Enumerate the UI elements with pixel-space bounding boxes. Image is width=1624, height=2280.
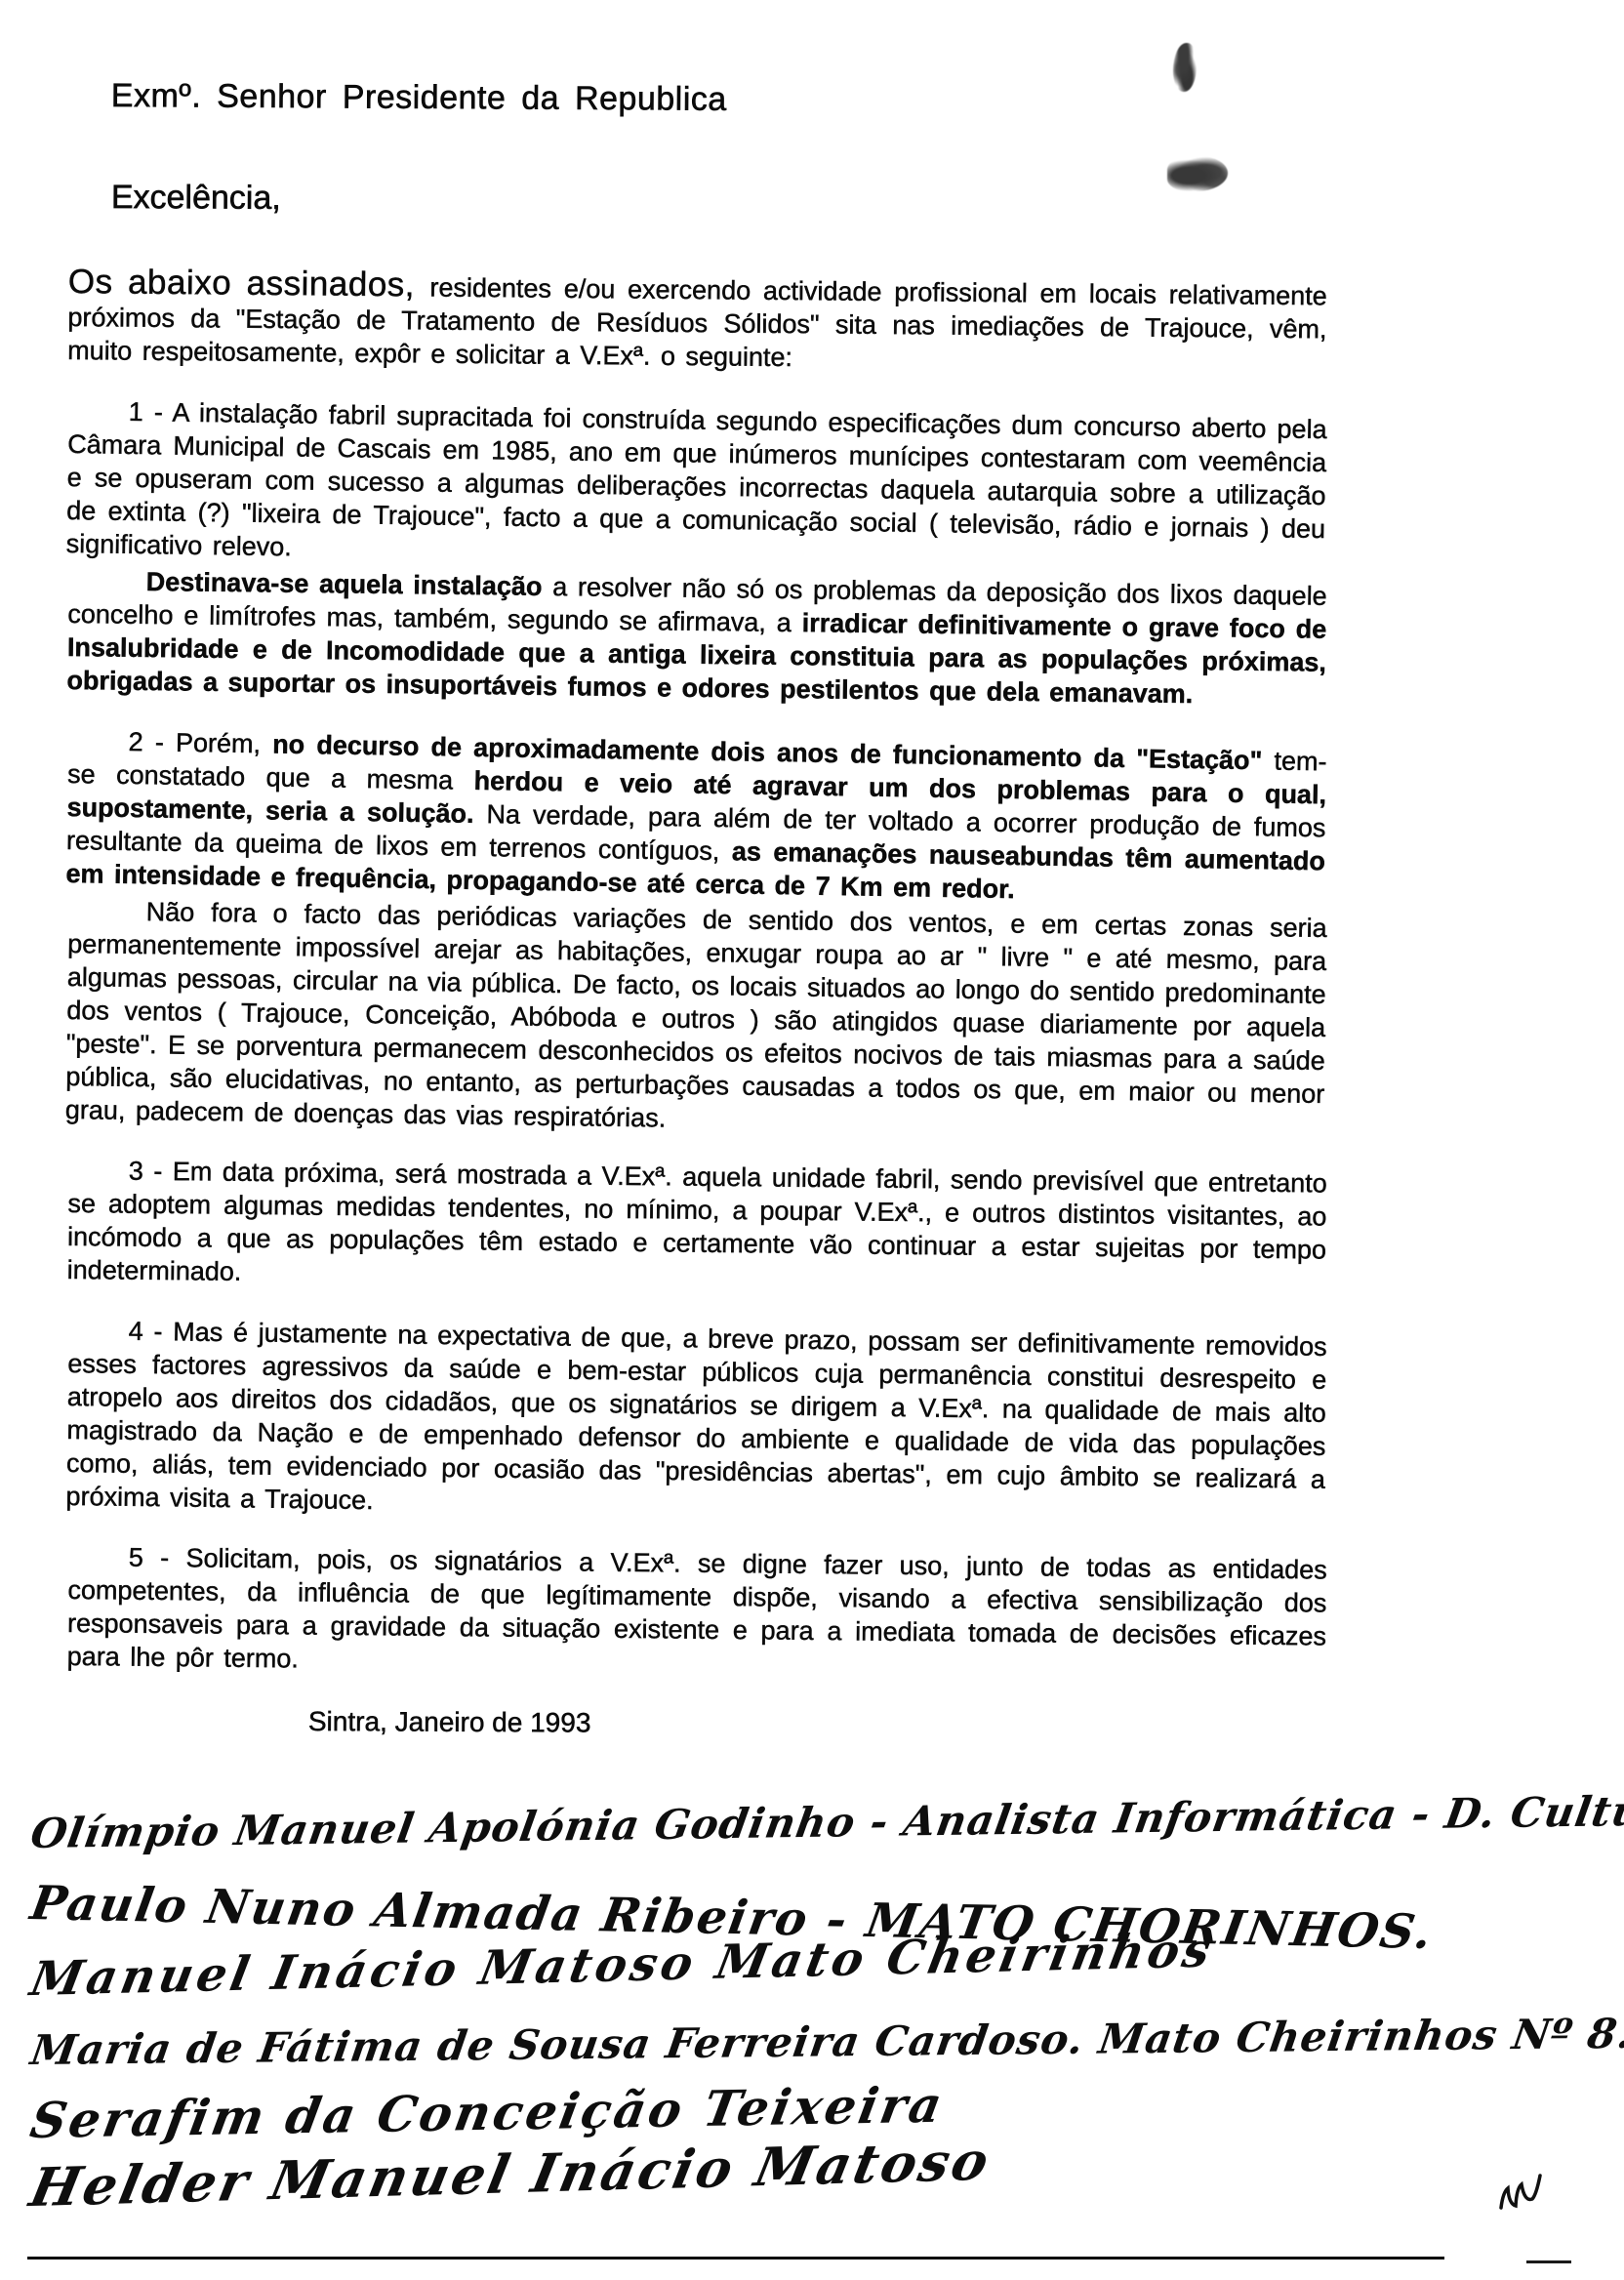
paragraph-list: Os abaixo assinados, residentes e/ou exe… (68, 265, 1327, 1673)
text-run: 2 - Porém, (128, 727, 272, 758)
dateline: Sintra, Janeiro de 1993 (308, 1706, 1327, 1742)
text-run: Destinava-se aquela instalação (146, 567, 543, 601)
paragraph: Destinava-se aquela instalação a resolve… (66, 564, 1327, 712)
signature-list: Olímpio Manuel Apolónia Godinho - Analis… (31, 1802, 1616, 2214)
paragraph: 3 - Em data próxima, será mostrada a V.E… (67, 1154, 1327, 1300)
paragraph: 1 - A instalação fabril supracitada foi … (65, 394, 1326, 579)
letter-page: Exmº. Senhor Presidente da Republica Exc… (0, 0, 1624, 2280)
pen-scribble-icon (1495, 2173, 1560, 2219)
letter-content: Exmº. Senhor Presidente da Republica Exc… (68, 76, 1327, 1737)
paragraph: Não fora o facto das periódicas variaçõe… (65, 894, 1327, 1144)
salutation-line: Excelência, (111, 178, 1327, 224)
scan-edge-line (27, 2257, 1444, 2260)
text-run: 3 - Em data próxima, será mostrada a V.E… (67, 1157, 1327, 1286)
paragraph: 5 - Solicitam, pois, os signatários a V.… (67, 1540, 1327, 1687)
paragraph: 2 - Porém, no decurso de aproximadamente… (65, 724, 1327, 911)
signature-line: Olímpio Manuel Apolónia Godinho - Analis… (28, 1791, 1620, 1854)
paragraph: 4 - Mas é justamente na expectativa de q… (65, 1314, 1327, 1529)
paragraph: Os abaixo assinados, residentes e/ou exe… (67, 265, 1327, 379)
text-run: 1 - A instalação fabril supracitada foi … (66, 397, 1327, 561)
addressee-line: Exmº. Senhor Presidente da Republica (111, 76, 1327, 123)
scan-edge-dash (1526, 2260, 1571, 2263)
signature-line: Maria de Fátima de Sousa Ferreira Cardos… (28, 2014, 1619, 2071)
text-run: 5 - Solicitam, pois, os signatários a V.… (67, 1543, 1327, 1674)
text-run: Os abaixo assinados, (68, 263, 430, 305)
text-run: 4 - Mas é justamente na expectativa de q… (65, 1317, 1327, 1515)
text-run: Não fora o facto das periódicas variaçõe… (65, 897, 1327, 1132)
